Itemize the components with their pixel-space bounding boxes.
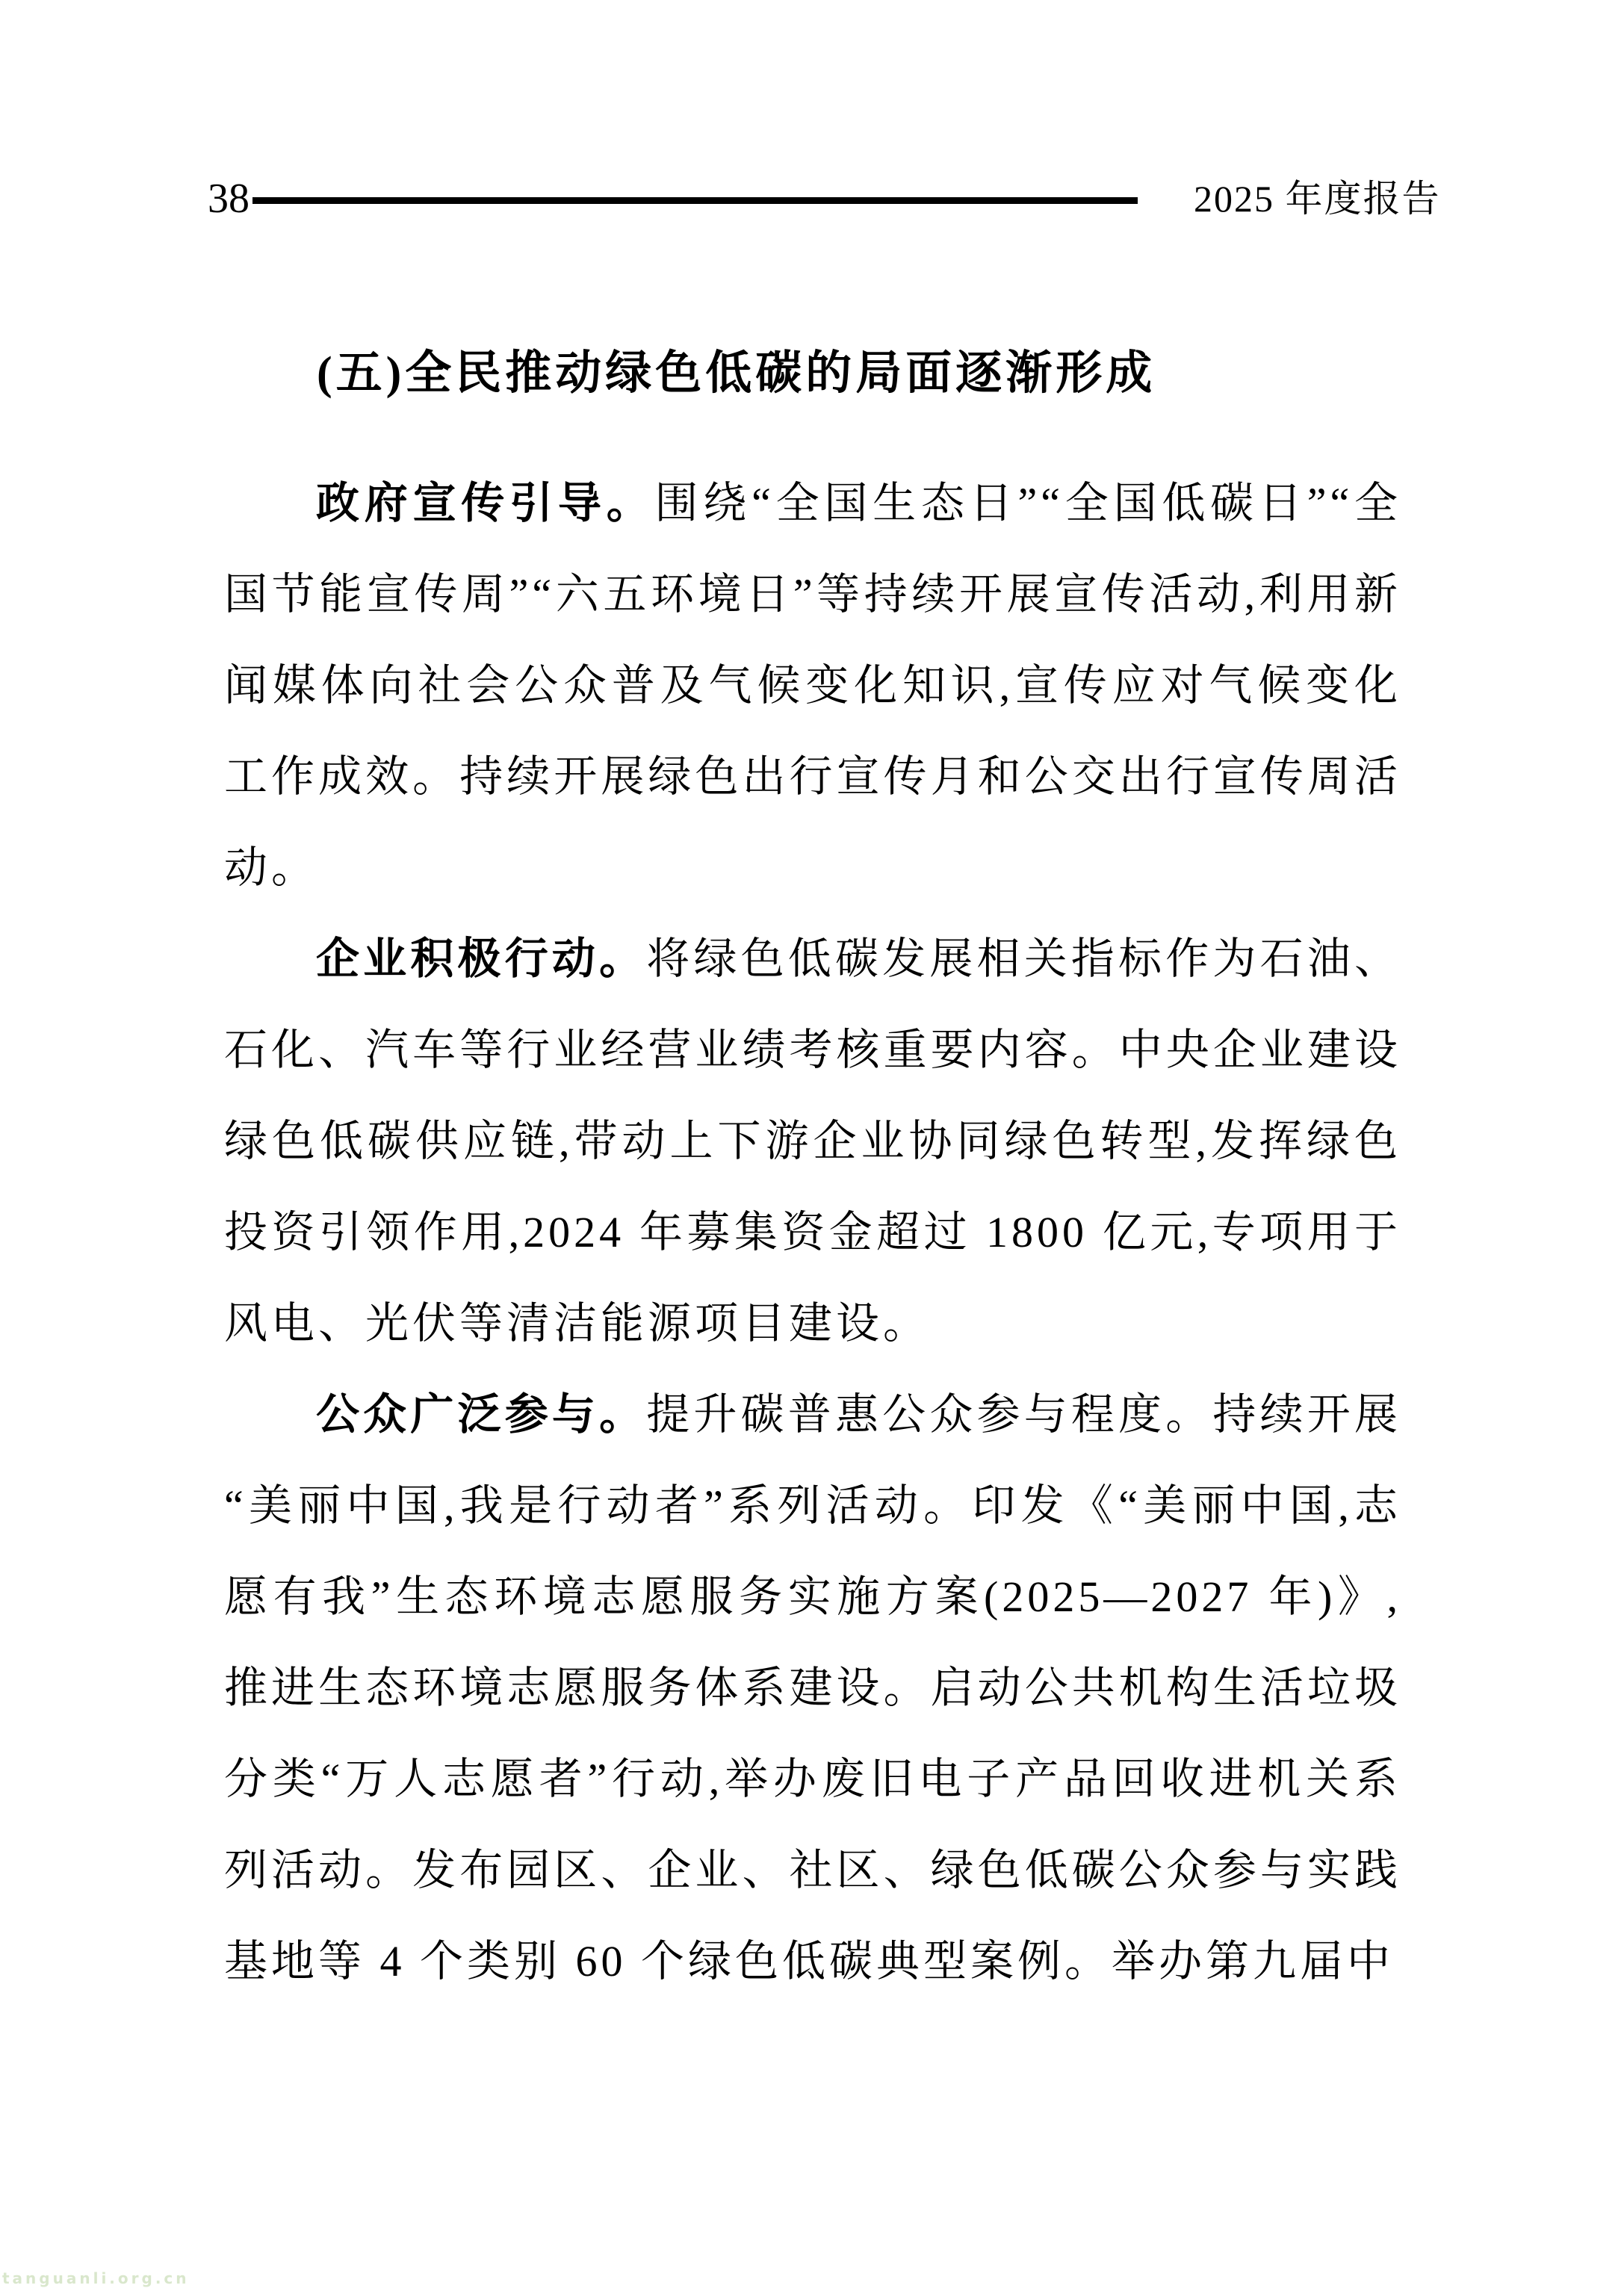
watermark: tanguanli.org.cn: [2, 2271, 190, 2286]
paragraph-lead: 公众广泛参与。: [316, 1390, 646, 1439]
paragraph-text: 提升碳普惠公众参与程度。持续开展“美丽中国,我是行动者”系列活动。印发《“美丽中…: [224, 1390, 1401, 1985]
page-number: 38: [208, 178, 250, 220]
report-title: 2025 年度报告: [1194, 178, 1441, 220]
paragraph-government-guidance: 政府宣传引导。围绕“全国生态日”“全国低碳日”“全国节能宣传周”“六五环境日”等…: [224, 458, 1401, 914]
paragraph-enterprise-action: 企业积极行动。将绿色低碳发展相关指标作为石油、石化、汽车等行业经营业绩考核重要内…: [224, 914, 1401, 1369]
paragraph-public-participation: 公众广泛参与。提升碳普惠公众参与程度。持续开展“美丽中国,我是行动者”系列活动。…: [224, 1369, 1401, 2007]
paragraph-text: 将绿色低碳发展相关指标作为石油、石化、汽车等行业经营业绩考核重要内容。中央企业建…: [224, 934, 1401, 1348]
paragraph-text: 围绕“全国生态日”“全国低碳日”“全国节能宣传周”“六五环境日”等持续开展宣传活…: [224, 479, 1401, 892]
header-rule: [252, 197, 1138, 204]
paragraph-lead: 企业积极行动。: [316, 934, 646, 983]
document-page: 38 2025 年度报告 (五)全民推动绿色低碳的局面逐渐形成 政府宣传引导。围…: [0, 0, 1624, 2294]
paragraph-lead: 政府宣传引导。: [316, 479, 655, 527]
section-body: 政府宣传引导。围绕“全国生态日”“全国低碳日”“全国节能宣传周”“六五环境日”等…: [224, 458, 1401, 2007]
section-heading: (五)全民推动绿色低碳的局面逐渐形成: [224, 338, 1401, 409]
